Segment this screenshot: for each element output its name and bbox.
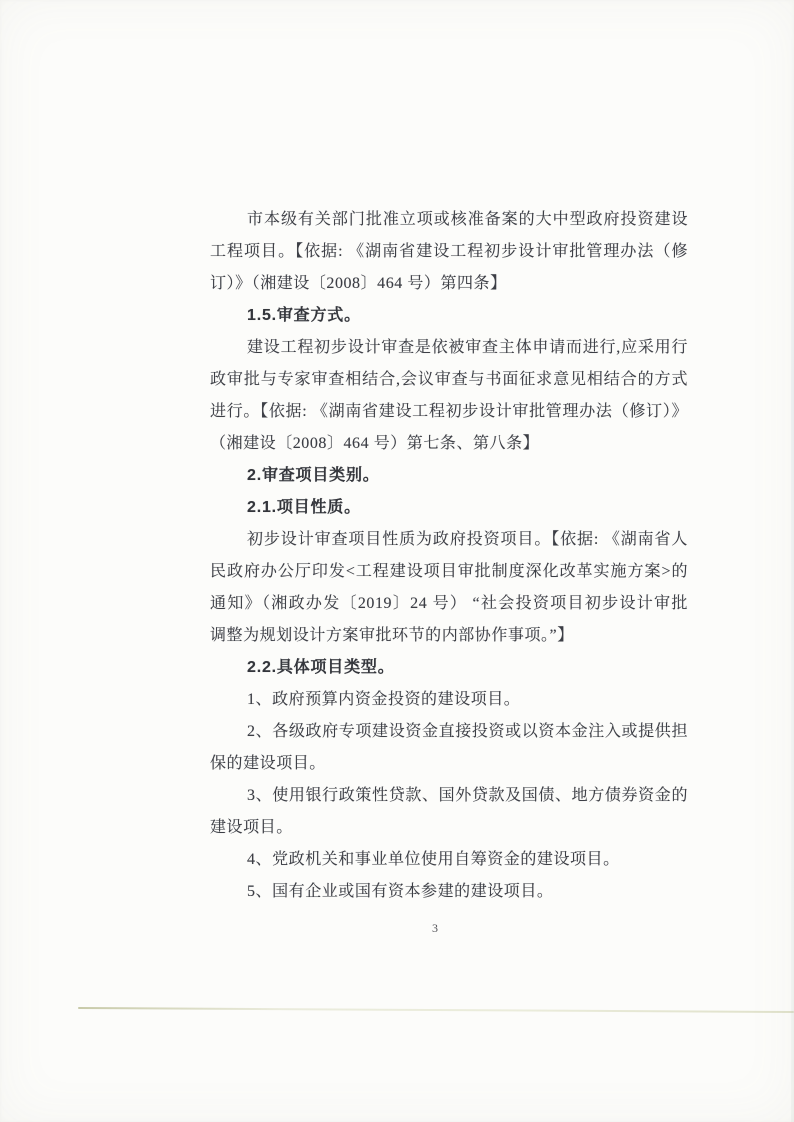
list-item-line: 5、国有企业或国有资本参建的建设项目。 (210, 876, 688, 908)
text-block: 市本级有关部门批准立项或核准备案的大中型政府投资建设 工程项目。【依据: 《湖南… (210, 204, 688, 908)
text-line: 订）》（湘建设〔2008〕464 号）第四条】 (210, 268, 688, 300)
text-line: （湘建设〔2008〕464 号）第七条、第八条】 (210, 428, 688, 460)
page-number: 3 (210, 918, 660, 938)
text-line: 进行。【依据: 《湖南省建设工程初步设计审批管理办法（修订）》 (210, 396, 688, 428)
scan-crease-artifact (78, 1007, 794, 1013)
list-item-line: 2、各级政府专项建设资金直接投资或以资本金注入或提供担 (210, 716, 688, 748)
text-line: 市本级有关部门批准立项或核准备案的大中型政府投资建设 (210, 204, 688, 236)
text-line: 调整为规划设计方案审批环节的内部协作事项。”】 (210, 620, 688, 652)
list-item-line: 4、党政机关和事业单位使用自筹资金的建设项目。 (210, 844, 688, 876)
text-line: 通知》（湘政办发〔2019〕24 号） “社会投资项目初步设计审批 (210, 588, 688, 620)
section-heading: 2.2.具体项目类型。 (210, 652, 688, 684)
list-item-line: 保的建设项目。 (210, 748, 688, 780)
text-line: 建设工程初步设计审查是依被审查主体申请而进行,应采用行 (210, 332, 688, 364)
text-line: 初步设计审查项目性质为政府投资项目。【依据: 《湖南省人 (210, 524, 688, 556)
section-heading: 2.1.项目性质。 (210, 492, 688, 524)
section-heading: 1.5.审查方式。 (210, 300, 688, 332)
text-line: 民政府办公厅印发<工程建设项目审批制度深化改革实施方案>的 (210, 556, 688, 588)
text-line: 工程项目。【依据: 《湖南省建设工程初步设计审批管理办法（修 (210, 236, 688, 268)
list-item-line: 1、政府预算内资金投资的建设项目。 (210, 684, 688, 716)
section-heading: 2.审查项目类别。 (210, 460, 688, 492)
list-item-line: 建设项目。 (210, 812, 688, 844)
document-page: 市本级有关部门批准立项或核准备案的大中型政府投资建设 工程项目。【依据: 《湖南… (0, 0, 794, 1122)
text-line: 政审批与专家审查相结合,会议审查与书面征求意见相结合的方式 (210, 364, 688, 396)
list-item-line: 3、使用银行政策性贷款、国外贷款及国债、地方债券资金的 (210, 780, 688, 812)
